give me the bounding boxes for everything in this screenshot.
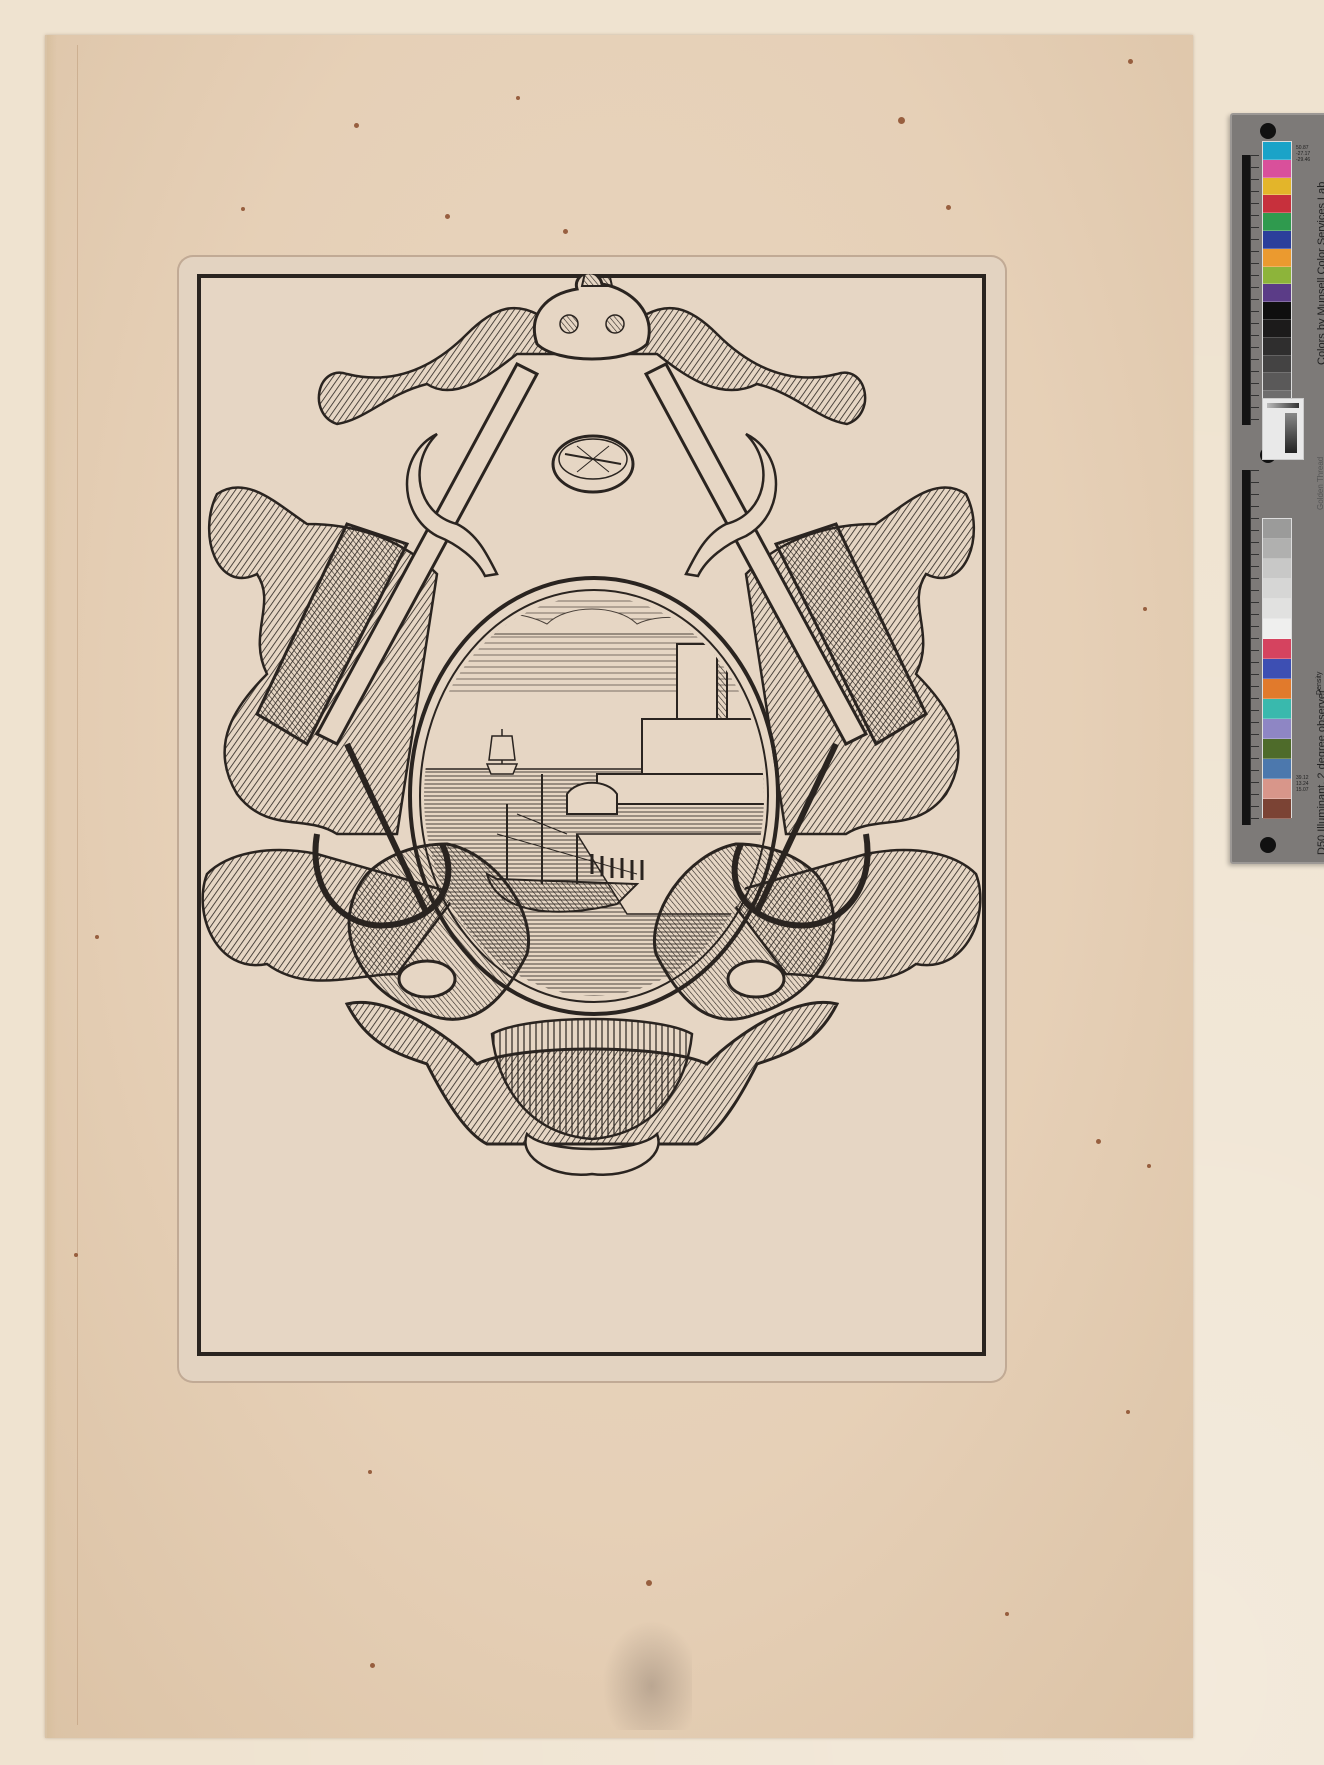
swatch-25 <box>1263 231 1291 249</box>
swatch-28 <box>1263 178 1291 196</box>
swatch-6 <box>1263 699 1291 719</box>
ink-smudge <box>602 1620 692 1730</box>
munsell-brand-text: Colors by Munsell Color Services Lab <box>1316 182 1324 365</box>
gray-wedge <box>1285 413 1297 453</box>
centimeter-ruler <box>1242 155 1250 425</box>
swatch-4 <box>1263 739 1291 759</box>
swatch-18 <box>1263 356 1291 374</box>
swatch-19 <box>1263 338 1291 356</box>
swatch-2 <box>1263 779 1291 799</box>
triton-crest <box>534 274 649 359</box>
swatch-column-top <box>1262 141 1292 408</box>
swatch-13 <box>1263 559 1291 579</box>
target-hole-top <box>1260 123 1276 139</box>
inch-ruler <box>1242 470 1250 825</box>
ruler-ticks <box>1250 155 1259 425</box>
swatch-8 <box>1263 659 1291 679</box>
swatch-30 <box>1263 142 1291 160</box>
density-label: Density <box>1316 672 1323 695</box>
swatch-10 <box>1263 619 1291 639</box>
compass-rose <box>553 436 633 492</box>
swatch-9 <box>1263 639 1291 659</box>
swatch-23 <box>1263 267 1291 285</box>
swatch-20 <box>1263 320 1291 338</box>
swatch-27 <box>1263 195 1291 213</box>
swatch-29 <box>1263 160 1291 178</box>
illuminant-text: D50 Illuminant, 2 degree observer <box>1316 689 1324 855</box>
distant-ship <box>487 729 517 774</box>
ruler-ticks <box>1250 470 1259 825</box>
swatch-11 <box>1263 599 1291 619</box>
swatch-column-bottom <box>1262 518 1292 818</box>
swatch-5 <box>1263 719 1291 739</box>
swatch-12 <box>1263 579 1291 599</box>
golden-thread-calibration-card <box>1262 398 1304 460</box>
swatch-21 <box>1263 302 1291 320</box>
engraved-cartouche <box>197 274 986 1356</box>
swatch-7 <box>1263 679 1291 699</box>
swatch-26 <box>1263 213 1291 231</box>
sheet-deckle-edge <box>47 35 57 1738</box>
sheet-crease <box>77 45 78 1725</box>
swatch-14 <box>1263 539 1291 559</box>
swatch-1 <box>1263 799 1291 819</box>
swatch-17 <box>1263 373 1291 391</box>
swatch-3 <box>1263 759 1291 779</box>
swatch-22 <box>1263 284 1291 302</box>
target-hole-bottom <box>1260 837 1276 853</box>
swatch-24 <box>1263 249 1291 267</box>
gray-bar <box>1267 403 1299 408</box>
scallop-shell <box>347 1002 837 1174</box>
lab-values-top: 50.87 -27.17 -29.46 <box>1296 145 1320 163</box>
golden-thread-text: Golden Thread <box>1316 457 1324 510</box>
color-calibration-target: 50.87 -27.17 -29.46 39.12 13.24 15.07 Co… <box>1230 113 1324 864</box>
swatch-15 <box>1263 519 1291 539</box>
